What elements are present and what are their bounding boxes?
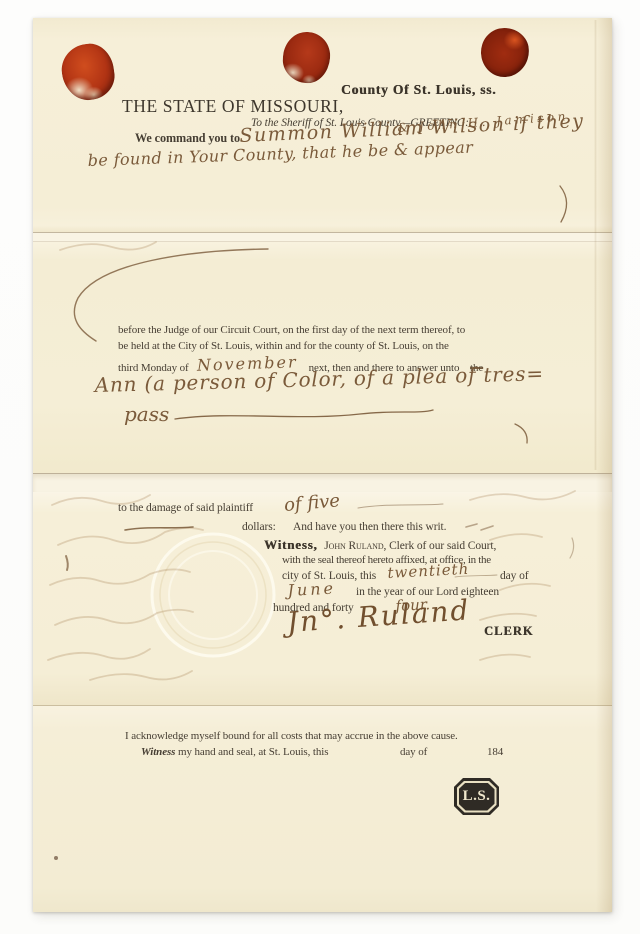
bond-witness-rest: my hand and seal, at St. Louis, this [178, 746, 328, 758]
handwritten-answer-line2: pass [124, 402, 169, 426]
clerk-name: John Ruland, [324, 540, 386, 552]
ls-notary-seal: L.S. [454, 778, 499, 815]
command-prefix: We command you to [135, 131, 240, 146]
body-line-1: before the Judge of our Circuit Court, o… [118, 324, 465, 336]
day-of-label: day of [500, 570, 528, 582]
writ-line: And have you then there this writ. [293, 521, 446, 533]
clerk-label: CLERK [484, 624, 533, 639]
ls-seal-face: L.S. [459, 783, 495, 811]
handwritten-june: June [287, 578, 336, 600]
page-title: THE STATE OF MISSOURI, [122, 96, 344, 117]
bond-witness-word: Witness [141, 746, 175, 758]
damage-prefix: to the damage of said plaintiff [118, 502, 253, 514]
ls-seal-text: L.S. [463, 788, 491, 805]
bond-witness-line: Witness my hand and seal, at St. Louis, … [141, 746, 328, 758]
document-scan: County Of St. Louis, ss. THE STATE OF MI… [0, 0, 640, 934]
embossed-seal [152, 534, 274, 656]
bond-acknowledgment: I acknowledge myself bound for all costs… [125, 730, 458, 742]
ink-speck [54, 856, 58, 860]
witness-tail: Clerk of our said Court, [389, 540, 496, 552]
bond-year: 184 [487, 746, 503, 758]
dollars-word: dollars: [242, 521, 276, 533]
bond-day-of: day of [400, 746, 427, 758]
body-line-2: be held at the City of St. Louis, within… [118, 340, 449, 352]
witness-word: Witness, [264, 537, 317, 552]
county-caption: County Of St. Louis, ss. [341, 82, 496, 98]
witness-line-1: Witness, John Ruland, Clerk of our said … [264, 537, 496, 553]
